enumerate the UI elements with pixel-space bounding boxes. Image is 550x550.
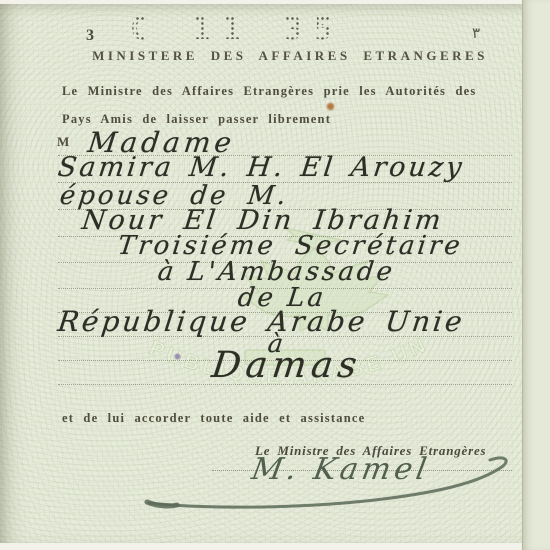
page-number-arabic: ٣ — [472, 24, 480, 42]
adjacent-page-edge — [522, 0, 550, 550]
signature-name: M. Kamel — [249, 452, 433, 487]
handwritten-line-8: République Arabe Unie — [56, 305, 467, 338]
passport-page-scan: REPUBLIQUE ARABE UNIE 3 C 11 35 ٣ MINIST… — [0, 0, 550, 550]
printed-m-prefix: M — [57, 134, 70, 150]
stain-speck — [326, 102, 335, 111]
perforated-serial-number: C 11 35 — [130, 11, 345, 47]
handwritten-line-10: Damas — [209, 345, 363, 386]
intro-line-1: Le Ministre des Affaires Etrangères prie… — [62, 84, 476, 99]
handwritten-line-2: Samira M. H. El Arouzy — [56, 152, 466, 183]
ministry-header: MINISTERE DES AFFAIRES ETRANGERES — [70, 48, 510, 64]
page-number-latin: 3 — [86, 27, 94, 45]
intro-line-2: Pays Amis de laisser passer librement — [62, 112, 331, 127]
stain-speck — [174, 353, 181, 360]
